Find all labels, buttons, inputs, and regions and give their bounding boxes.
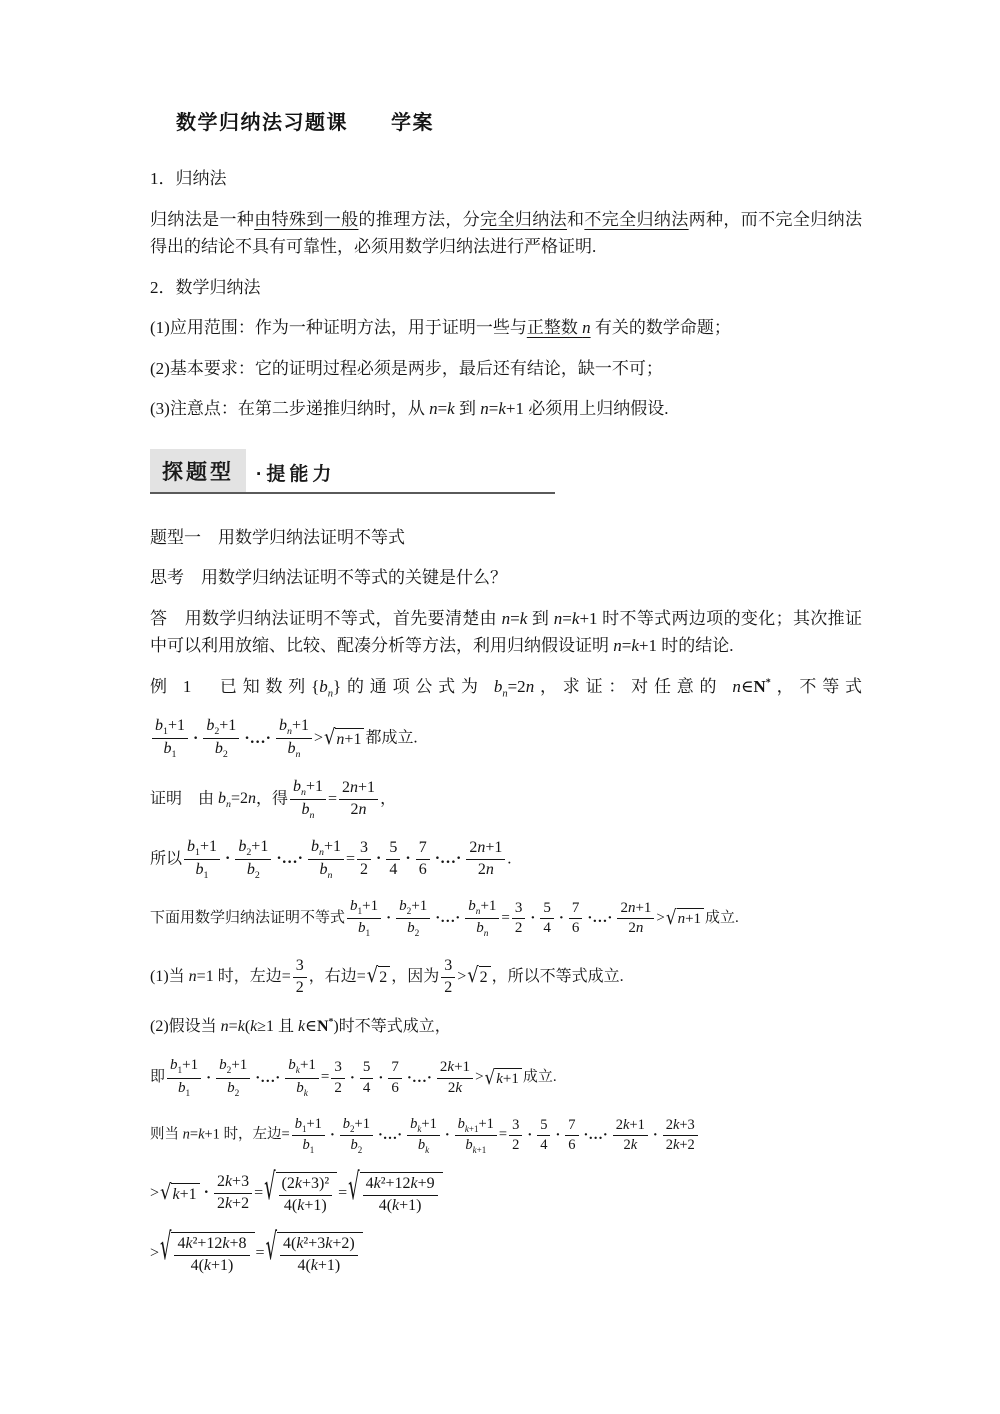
text-run: n=k	[502, 609, 528, 628]
text-run: ·…·	[252, 1070, 283, 1086]
sqrt: √2	[467, 966, 490, 988]
sqrt: √n+1	[324, 728, 364, 750]
sec1-paragraph: 归纳法是一种由特殊到一般的推理方法，分完全归纳法和不完全归纳法两种，而不完全归纳…	[150, 206, 862, 261]
text-run: =	[499, 1127, 507, 1143]
fraction: 2n+12n	[466, 839, 505, 880]
text-run: (3)注意点：在第二步递推归纳时，从	[150, 399, 429, 418]
text-run: >	[457, 968, 466, 985]
text-run: 则当	[150, 1127, 183, 1143]
text-run: ·	[552, 1127, 563, 1143]
text-run: (1)应用范围：作为一种证明方法，用于证明一些与	[150, 318, 527, 337]
proof-line2: 所以b1+1b1·b2+1b2·…·bn+1bn=32·54·76·…·2n+1…	[150, 838, 862, 881]
text-run: >	[150, 1245, 159, 1262]
fraction: 2k+12k	[613, 1117, 648, 1154]
sec2-item1: (1)应用范围：作为一种证明方法，用于证明一些与正整数 n 有关的数学命题；	[150, 314, 862, 342]
fraction: 54	[360, 1059, 374, 1097]
text-run: 答 用数学归纳法证明不等式，首先要清楚由	[150, 609, 502, 628]
text-run: ·	[373, 850, 384, 867]
text-run: .	[507, 850, 511, 867]
text-run: ·	[524, 1127, 535, 1143]
topic-heading: 题型一 用数学归纳法证明不等式	[150, 524, 862, 552]
sqrt: √4k²+12k+94(k+1)	[348, 1172, 443, 1216]
text-run: >	[314, 730, 323, 747]
text-run: =	[256, 1245, 265, 1262]
fraction: b1+1b1	[184, 838, 220, 881]
text-run: ·…·	[432, 850, 465, 867]
text-run: n=k+1	[613, 636, 657, 655]
text-run: 有关的数学命题；	[591, 318, 731, 337]
text-run: ·…·	[375, 1127, 405, 1143]
example-formula: b1+1b1·b2+1b2·…·bn+1bn>√n+1都成立.	[150, 717, 862, 760]
proof-line7: 则当 n=k+1 时，左边=b1+1b1·b2+1b2·…·bk+1bk·bk+…	[150, 1116, 862, 1155]
proof-line9: >√4k²+12k+84(k+1)=√4(k²+3k+2)4(k+1)	[150, 1232, 862, 1276]
sec1-heading: 1．归纳法	[150, 165, 862, 193]
text-run: bn=2n	[218, 790, 256, 807]
text-run: >	[475, 1070, 483, 1086]
fraction: 32	[357, 839, 371, 880]
fraction: b2+1b2	[216, 1057, 250, 1099]
proof-line6: 即b1+1b1·b2+1b2·…·bk+1bk=32·54·76·…·2k+12…	[150, 1057, 862, 1099]
fraction: 2k+12k	[437, 1059, 473, 1097]
proof-line3: 下面用数学归纳法证明不等式b1+1b1·b2+1b2·…·bn+1bn=32·5…	[150, 898, 862, 940]
sqrt: √2	[367, 966, 390, 988]
text-run: 和	[567, 210, 584, 229]
text-run: ·	[442, 1127, 453, 1143]
fraction: b1+1b1	[292, 1116, 325, 1155]
text-run: n=k+1	[183, 1127, 220, 1143]
text-run: ，所以不等式成立.	[492, 968, 624, 985]
sqrt: √(2k+3)²4(k+1)	[264, 1172, 337, 1216]
text-run: bn=2n	[494, 677, 534, 696]
text-run: =	[254, 1184, 263, 1201]
text-run: ·…·	[432, 910, 463, 926]
text-run: ，因为	[391, 968, 439, 985]
text-run: N	[317, 1018, 329, 1035]
text-run: ·…·	[273, 850, 306, 867]
text-run: ·	[201, 1184, 212, 1201]
text-run: ∈	[741, 677, 754, 696]
fraction: 76	[388, 1059, 402, 1097]
fraction: b2+1b2	[203, 717, 239, 760]
fraction: 4k²+12k+94(k+1)	[363, 1175, 438, 1216]
text-run: ·…·	[581, 1127, 611, 1143]
proof-line1: 证明 由 bn=2n，得bn+1bn=2n+12n，	[150, 778, 862, 821]
text-run: (1)当	[150, 968, 189, 985]
text-run: n=k	[221, 1018, 245, 1035]
text-run: {bn}	[311, 677, 341, 696]
fraction: b2+1b2	[340, 1116, 373, 1155]
text-run: n=k+1	[554, 609, 598, 628]
text-run: 成立.	[705, 910, 739, 926]
fraction: 4k²+12k+84(k+1)	[174, 1235, 249, 1276]
fraction: 2k+32k+2	[214, 1173, 252, 1214]
sqrt: √4(k²+3k+2)4(k+1)	[266, 1232, 363, 1276]
sqrt: √k+1	[485, 1068, 522, 1089]
fraction: 32	[293, 957, 307, 998]
sqrt: √n+1	[666, 908, 704, 929]
text-run: (2)假设当	[150, 1018, 221, 1035]
text-run: ·…·	[404, 1070, 435, 1086]
proof-line5: (2)假设当 n=k(k≥1 且 k∈N*)时不等式成立，	[150, 1014, 862, 1040]
text-run: 到	[455, 399, 481, 418]
text-run: n=1	[189, 968, 214, 985]
fraction: bk+1+1bk+1	[455, 1116, 497, 1155]
text-run: 成立.	[523, 1070, 557, 1086]
text-run: >	[656, 910, 664, 926]
fraction: bk+1bk	[285, 1057, 319, 1099]
text-run: 必须用上归纳假设.	[524, 399, 669, 418]
text-run: 时，左边=	[220, 1127, 290, 1143]
fraction: 32	[512, 900, 526, 938]
text-run: ·…·	[584, 910, 615, 926]
fraction: 2n+12n	[617, 900, 654, 938]
fraction: 54	[540, 900, 554, 938]
banner-box-label: 探题型	[150, 449, 246, 492]
fraction: (2k+3)²4(k+1)	[279, 1175, 333, 1216]
text-run: 即	[150, 1070, 165, 1086]
text-run: ·	[402, 850, 413, 867]
text-run: ，求证：对任意的	[534, 677, 732, 696]
page-title: 数学归纳法习题课 学案	[176, 106, 862, 135]
text-run: ∈	[305, 1018, 317, 1035]
fraction: bn+1bn	[290, 778, 326, 821]
fraction: bk+1bk	[407, 1116, 440, 1155]
text-run: (2)基本要求：它的证明过程必须是两步，最后还有结论，缺一不可；	[150, 359, 663, 378]
text-run: ，	[380, 790, 396, 807]
text-run: N	[753, 677, 765, 696]
fraction: 4(k²+3k+2)4(k+1)	[280, 1235, 358, 1276]
fraction: bn+1bn	[308, 838, 344, 881]
text-run: 例 1 已知数列	[150, 677, 311, 696]
text-run: ·	[383, 910, 394, 926]
proof-line8: >√k+1·2k+32k+2=√(2k+3)²4(k+1)=√4k²+12k+9…	[150, 1172, 862, 1216]
text-run: 时的结论.	[657, 636, 734, 655]
text-run: n	[582, 318, 591, 337]
example-head: 例 1 已知数列{bn}的通项公式为 bn=2n，求证：对任意的 n∈N*，不等…	[150, 673, 862, 701]
text-run: 题型一 用数学归纳法证明不等式	[150, 528, 405, 547]
text-run: ·	[347, 1070, 358, 1086]
text-run: ·	[527, 910, 538, 926]
text-run: >	[150, 1184, 159, 1201]
text-run: 都成立.	[365, 730, 417, 747]
think-line: 思考 用数学归纳法证明不等式的关键是什么？	[150, 564, 862, 592]
fraction: b1+1b1	[152, 717, 188, 760]
text-run: 证明 由	[150, 790, 218, 807]
text-run: =	[501, 910, 509, 926]
text-run: ·	[190, 730, 201, 747]
fraction: 54	[537, 1117, 550, 1154]
text-run: ≥1 且	[257, 1018, 298, 1035]
fraction: 76	[416, 839, 430, 880]
answer-line: 答 用数学归纳法证明不等式，首先要清楚由 n=k 到 n=k+1 时不等式两边项…	[150, 605, 862, 660]
text-run: 2．数学归纳法	[150, 278, 261, 297]
text-run: 时，左边=	[214, 968, 291, 985]
text-run: 的推理方法，分	[359, 210, 481, 229]
text-run: =	[338, 1184, 347, 1201]
text-run: 所以	[150, 850, 182, 867]
text-run: ·	[650, 1127, 661, 1143]
sec2-item3: (3)注意点：在第二步递推归纳时，从 n=k 到 n=k+1 必须用上归纳假设.	[150, 395, 862, 423]
text-run: 下面用数学归纳法证明不等式	[150, 910, 345, 926]
worksheet-page: 数学归纳法习题课 学案 1．归纳法 归纳法是一种由特殊到一般的推理方法，分完全归…	[0, 0, 1000, 1276]
text-run: 1．归纳法	[150, 169, 227, 188]
fraction: b2+1b2	[396, 898, 430, 940]
text-run: ，不等式	[771, 677, 862, 696]
text-run: =	[321, 1070, 329, 1086]
banner-tagline: ·提能力	[246, 459, 335, 492]
fraction: 2n+12n	[339, 779, 378, 820]
text-run: =	[328, 790, 337, 807]
text-run: n=k+1	[480, 399, 524, 418]
section-banner: 探题型·提能力	[150, 449, 555, 494]
sqrt: √4k²+12k+84(k+1)	[160, 1232, 255, 1276]
fraction: 76	[565, 1117, 578, 1154]
fraction: 32	[331, 1059, 345, 1097]
text-run: n	[732, 677, 741, 696]
text-run: ·	[556, 910, 567, 926]
sec2-item2: (2)基本要求：它的证明过程必须是两步，最后还有结论，缺一不可；	[150, 355, 862, 383]
text-run: 到	[527, 609, 554, 628]
text-run: =	[346, 850, 355, 867]
text-run: 的通项公式为	[341, 677, 494, 696]
fraction: b1+1b1	[167, 1057, 201, 1099]
fraction: bn+1bn	[276, 717, 312, 760]
text-run: 正整数	[527, 318, 582, 337]
text-run: 由特殊到一般	[254, 210, 358, 229]
fraction: 32	[441, 957, 455, 998]
fraction: 76	[569, 900, 583, 938]
fraction: bn+1bn	[465, 898, 499, 940]
text-run: 不完全归纳法	[584, 210, 688, 229]
text-run: ·	[203, 1070, 214, 1086]
text-run: ·	[327, 1127, 338, 1143]
text-run: n=k	[429, 399, 455, 418]
fraction: 2k+32k+2	[663, 1117, 698, 1154]
text-run: ，得	[256, 790, 288, 807]
fraction: b1+1b1	[347, 898, 381, 940]
fraction: b2+1b2	[235, 838, 271, 881]
sec2-heading: 2．数学归纳法	[150, 274, 862, 302]
text-run: 完全归纳法	[480, 210, 567, 229]
fraction: 32	[509, 1117, 522, 1154]
text-run: 思考 用数学归纳法证明不等式的关键是什么？	[150, 568, 507, 587]
text-run: 归纳法是一种	[150, 210, 254, 229]
proof-line4: (1)当 n=1 时，左边=32，右边=√2，因为32>√2，所以不等式成立.	[150, 957, 862, 998]
text-run: ·	[222, 850, 233, 867]
text-run: ，右边=	[309, 968, 366, 985]
text-run: )时不等式成立，	[333, 1018, 450, 1035]
fraction: 54	[386, 839, 400, 880]
sqrt: √k+1	[160, 1183, 200, 1205]
text-run: ·…·	[241, 730, 274, 747]
text-run: ·	[375, 1070, 386, 1086]
